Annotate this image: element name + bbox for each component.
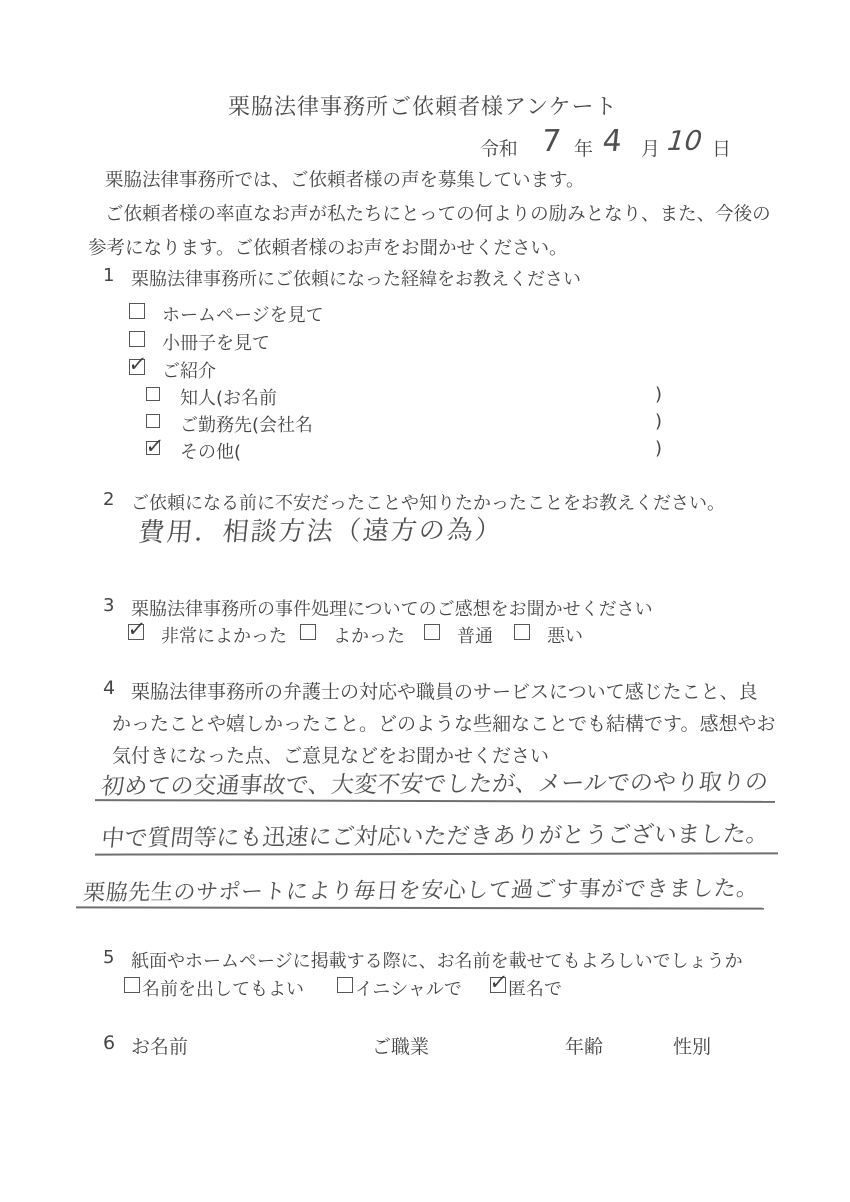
q1-question: 栗脇法律事務所にご依頼になった経緯をお教えください: [131, 265, 581, 291]
q1-sub-acquaintance-label: 知人(お名前: [180, 384, 277, 410]
q1-sub-workplace-label: ご勤務先(会社名: [180, 411, 313, 437]
survey-form-page: 栗脇法律事務所ご依頼者様アンケート 令和 7 年 4 月 10 日 栗脇法律事務…: [0, 0, 850, 1202]
intro-line-2: ご依頼者様の率直なお声が私たちにとっての何よりの励みとなり、また、今後の: [105, 197, 771, 232]
checkbox-very-good[interactable]: ✓: [128, 624, 144, 640]
date-month-value: 4: [601, 124, 624, 159]
q2-handwritten-answer: 費用．相談方法（遠方の為）: [137, 509, 505, 549]
date-day-value: 10: [666, 126, 703, 157]
q1-option-referral-label: ご紹介: [162, 357, 216, 383]
q5-option-show-name-label: 名前を出してもよい: [142, 975, 304, 1001]
check-mark-icon: ✓: [144, 434, 165, 458]
check-mark-icon: ✓: [488, 970, 509, 994]
checkbox-initials[interactable]: ✓: [337, 977, 353, 993]
checkbox-referral[interactable]: ✓: [129, 359, 145, 375]
q3-option-good-label: よかった: [333, 622, 405, 648]
q6-field-age-label: 年齢: [565, 1032, 603, 1059]
checkbox-bad[interactable]: ✓: [514, 624, 530, 640]
era-label: 令和: [480, 134, 518, 161]
q6-field-gender-label: 性別: [673, 1032, 711, 1059]
year-label: 年: [574, 134, 593, 161]
q1-option-booklet-label: 小冊子を見て: [162, 329, 270, 355]
q4-handwritten-answer-line-2: 中で質問等にも迅速にご対応いただきありがとうございました。: [100, 815, 771, 853]
q5-option-initials-label: イニシャルで: [355, 975, 462, 1001]
answer-underline: [76, 906, 764, 909]
check-mark-icon: ✓: [126, 617, 147, 641]
q1-sub-other-label: その他(: [180, 438, 241, 464]
q4-handwritten-answer-line-1: 初めての交通事故で、大変不安でしたが、メールでのやり取りの: [100, 763, 770, 801]
checkbox-booklet[interactable]: ✓: [129, 331, 145, 347]
checkbox-average[interactable]: ✓: [424, 624, 440, 640]
check-mark-icon: ✓: [127, 352, 148, 376]
answer-underline: [95, 799, 775, 802]
q1-number: 1: [103, 265, 114, 286]
answer-underline: [95, 852, 778, 855]
q4-handwritten-answer-line-3: 栗脇先生のサポートにより毎日を安心して過ごす事ができました。: [82, 871, 761, 907]
q5-option-anonymous-label: 匿名で: [508, 975, 562, 1001]
intro-line-1: 栗脇法律事務所では、ご依頼者様の声を募集しています。: [105, 163, 585, 198]
q6-field-name-label: お名前: [131, 1032, 188, 1059]
q3-number: 3: [103, 595, 114, 616]
q2-number: 2: [103, 489, 114, 510]
q4-question-line-2: かったことや嬉しかったこと。どのような些細なことでも結構です。感想やお: [112, 709, 775, 736]
q1-sub-acquaintance-close-paren: ): [655, 384, 662, 405]
form-title: 栗脇法律事務所ご依頼者様アンケート: [228, 90, 618, 121]
checkbox-anonymous[interactable]: ✓: [490, 977, 506, 993]
q4-question-line-1: 栗脇法律事務所の弁護士の対応や職員のサービスについて感じたこと、良: [131, 677, 758, 704]
checkbox-good[interactable]: ✓: [300, 624, 316, 640]
day-label: 日: [712, 134, 731, 161]
q6-number: 6: [103, 1032, 115, 1054]
q5-number: 5: [103, 947, 114, 968]
q1-sub-other-close-paren: ): [655, 438, 662, 459]
q5-question: 紙面やホームページに掲載する際に、お名前を載せてもよろしいでしょうか: [131, 947, 743, 973]
checkbox-show-name[interactable]: ✓: [124, 977, 140, 993]
q1-option-homepage-label: ホームページを見て: [162, 301, 324, 327]
checkbox-acquaintance[interactable]: ✓: [146, 387, 160, 401]
checkbox-workplace[interactable]: ✓: [146, 414, 160, 428]
q3-option-bad-label: 悪い: [547, 622, 583, 648]
intro-line-3: 参考になります。ご依頼者様のお声をお聞かせください。: [88, 231, 568, 266]
date-year-value: 7: [540, 124, 563, 159]
q3-question: 栗脇法律事務所の事件処理についてのご感想をお聞かせください: [131, 595, 653, 621]
q3-option-average-label: 普通: [457, 622, 493, 648]
checkbox-other[interactable]: ✓: [146, 441, 160, 455]
q4-question-line-3: 気付きになった点、ご意見などをお聞かせください: [112, 741, 549, 768]
checkbox-homepage[interactable]: ✓: [129, 303, 145, 319]
q6-field-occupation-label: ご職業: [372, 1032, 429, 1059]
q1-sub-workplace-close-paren: ): [655, 411, 662, 432]
q3-option-very-good-label: 非常によかった: [161, 622, 287, 648]
month-label: 月: [641, 134, 660, 161]
q4-number: 4: [103, 677, 115, 699]
